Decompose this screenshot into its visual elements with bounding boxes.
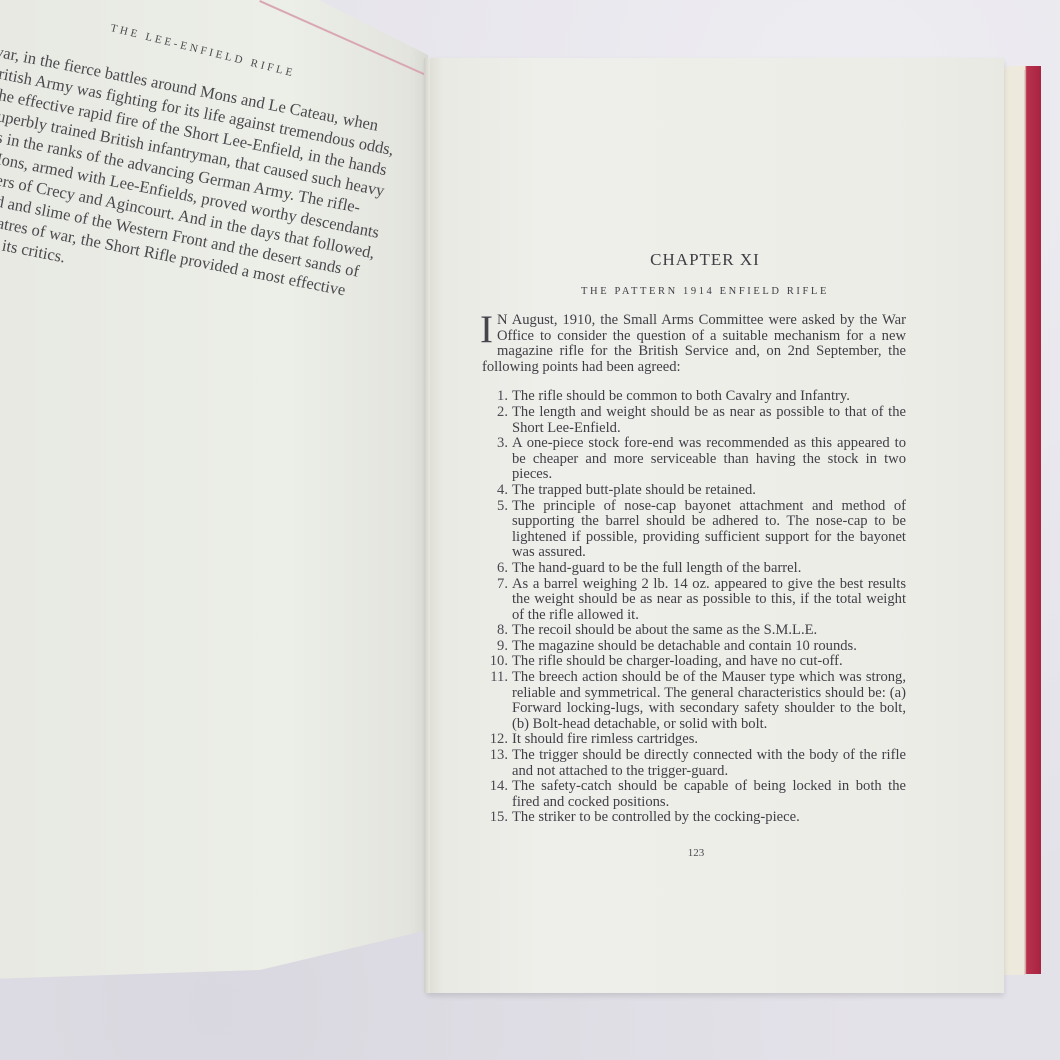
item-number: 1.	[482, 389, 508, 405]
list-item: 5.The principle of nose-cap bayonet atta…	[482, 499, 906, 561]
item-text: The rifle should be common to both Caval…	[512, 388, 850, 404]
item-number: 6.	[482, 561, 508, 577]
list-item: 9.The magazine should be detachable and …	[482, 639, 906, 655]
item-text: The breech action should be of the Mause…	[512, 669, 906, 732]
item-number: 5.	[482, 499, 508, 515]
item-text: It should fire rimless cartridges.	[512, 731, 698, 747]
list-item: 14.The safety-catch should be capable of…	[482, 779, 906, 810]
list-item: 1.The rifle should be common to both Cav…	[482, 389, 906, 405]
item-text: The recoil should be about the same as t…	[512, 622, 817, 638]
page-number: 123	[426, 847, 966, 859]
list-item: 4.The trapped butt-plate should be retai…	[482, 483, 906, 499]
chapter-subtitle: THE PATTERN 1914 ENFIELD RIFLE	[426, 286, 984, 297]
list-item: 7.As a barrel weighing 2 lb. 14 oz. appe…	[482, 577, 906, 624]
item-number: 12.	[482, 732, 508, 748]
item-number: 3.	[482, 436, 508, 452]
item-number: 10.	[482, 654, 508, 670]
list-item: 15.The striker to be controlled by the c…	[482, 810, 906, 826]
item-text: The principle of nose-cap bayonet attach…	[512, 498, 906, 561]
intro-paragraph: IN August, 1910, the Small Arms Committe…	[482, 313, 906, 375]
chapter-title: CHAPTER XI	[426, 250, 984, 270]
points-list: 1.The rifle should be common to both Cav…	[482, 389, 906, 826]
item-number: 14.	[482, 779, 508, 795]
list-item: 11.The breech action should be of the Ma…	[482, 670, 906, 732]
item-text: The rifle should be charger-loading, and…	[512, 653, 843, 669]
item-text: As a barrel weighing 2 lb. 14 oz. appear…	[512, 576, 906, 623]
list-item: 6.The hand-guard to be the full length o…	[482, 561, 906, 577]
list-item: 2.The length and weight should be as nea…	[482, 405, 906, 436]
item-number: 4.	[482, 483, 508, 499]
drop-cap: I	[480, 315, 493, 345]
item-text: The trigger should be directly connected…	[512, 747, 906, 779]
list-item: 3.A one-piece stock fore-end was recomme…	[482, 436, 906, 483]
item-text: The striker to be controlled by the cock…	[512, 809, 800, 825]
item-text: The magazine should be detachable and co…	[512, 638, 857, 654]
item-text: The length and weight should be as near …	[512, 404, 906, 436]
item-number: 7.	[482, 577, 508, 593]
item-text: The trapped butt-plate should be retaine…	[512, 482, 756, 498]
item-number: 13.	[482, 748, 508, 764]
item-number: 2.	[482, 405, 508, 421]
list-item: 10.The rifle should be charger-loading, …	[482, 654, 906, 670]
chapter-body: IN August, 1910, the Small Arms Committe…	[482, 313, 906, 826]
intro-text: N August, 1910, the Small Arms Committee…	[482, 312, 906, 375]
item-number: 8.	[482, 623, 508, 639]
item-number: 9.	[482, 639, 508, 655]
item-text: The safety-catch should be capable of be…	[512, 778, 906, 810]
list-item: 13.The trigger should be directly connec…	[482, 748, 906, 779]
item-number: 11.	[482, 670, 508, 686]
item-number: 15.	[482, 810, 508, 826]
list-item: 12.It should fire rimless cartridges.	[482, 732, 906, 748]
item-text: The hand-guard to be the full length of …	[512, 560, 801, 576]
item-text: A one-piece stock fore-end was recommend…	[512, 435, 906, 482]
list-item: 8.The recoil should be about the same as…	[482, 623, 906, 639]
